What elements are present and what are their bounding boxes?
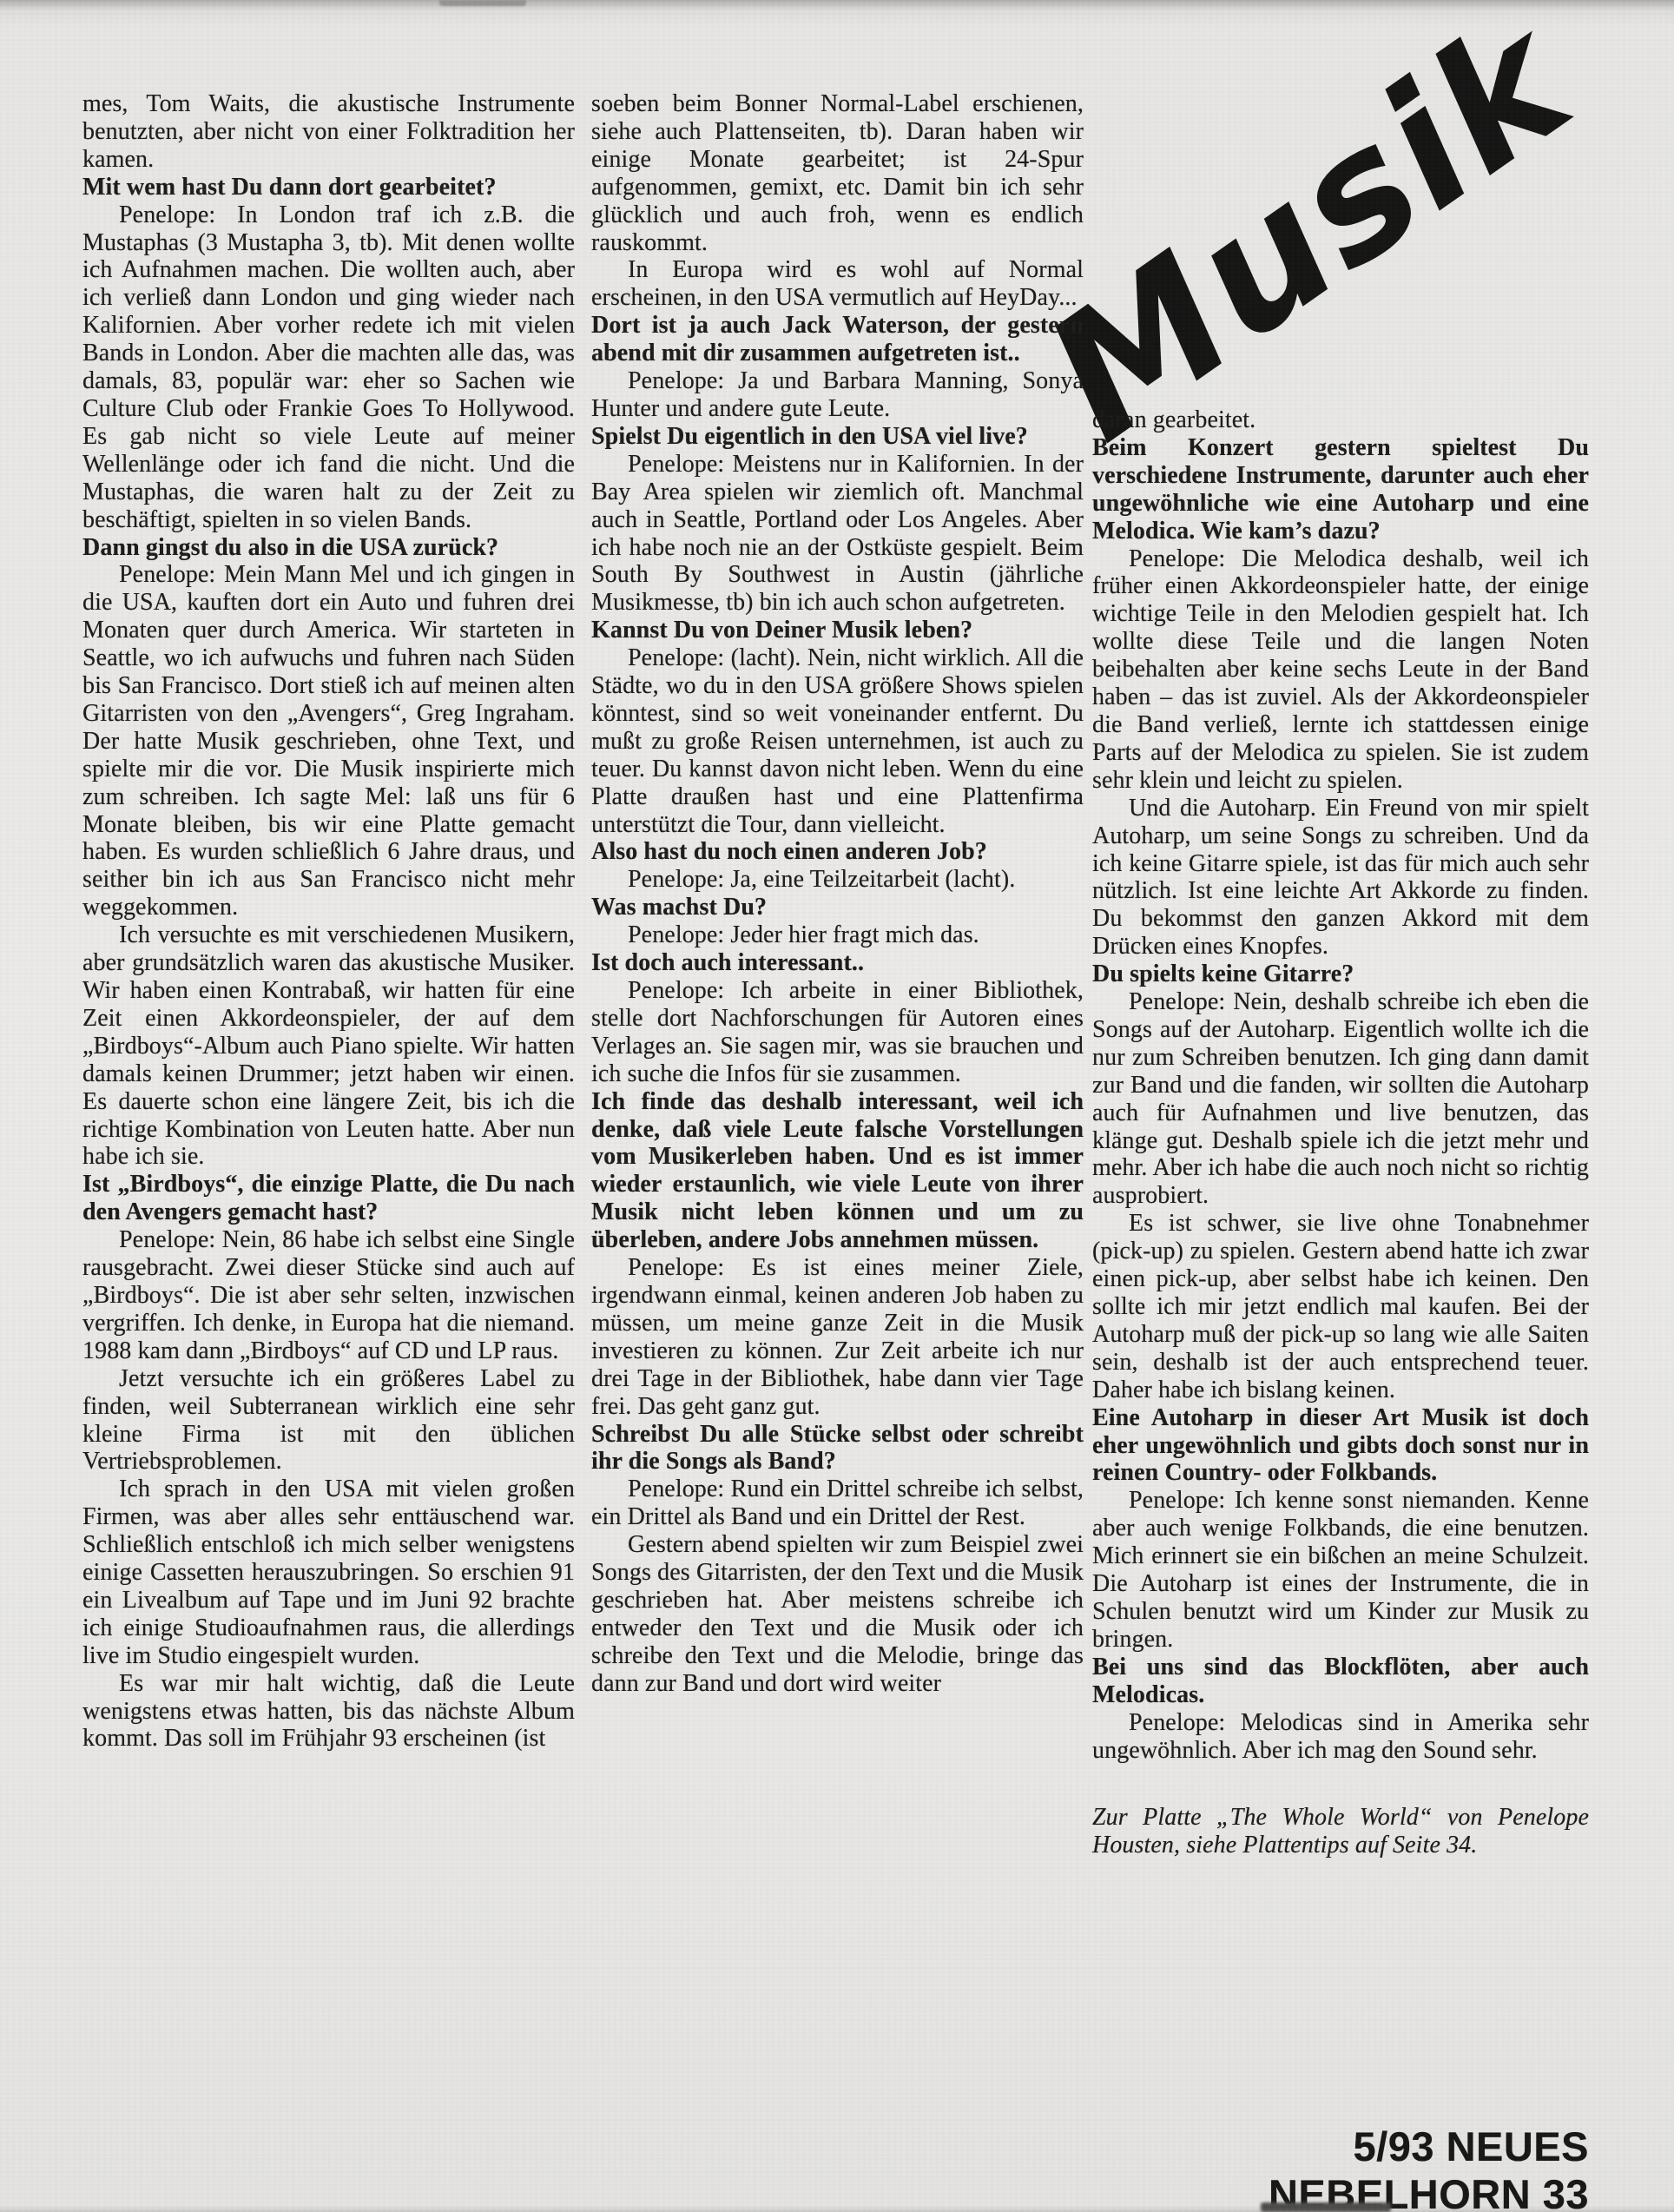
interview-question: Bei uns sind das Blockflöten, aber auch … [1092, 1654, 1589, 1709]
body-paragraph: Penelope: Nein, deshalb schreibe ich ebe… [1092, 988, 1589, 1210]
editor-note: Zur Platte „The Whole World“ von Penelop… [1092, 1804, 1589, 1859]
interview-question: Du spielts keine Gitarre? [1092, 961, 1589, 988]
body-paragraph: Gestern abend spielten wir zum Beispiel … [591, 1531, 1084, 1697]
interview-question: Ist doch auch interessant.. [591, 949, 1084, 977]
body-paragraph: Penelope: Ich arbeite in einer Bibliothe… [591, 977, 1084, 1088]
print-artifact-bottom [1261, 2202, 1391, 2212]
article-column-2: soeben beim Bonner Normal-Label erschien… [591, 90, 1084, 1698]
article-column-1: mes, Tom Waits, die akustische Instrumen… [82, 90, 575, 1753]
body-paragraph: Penelope: (lacht). Nein, nicht wirklich.… [591, 644, 1084, 838]
body-paragraph: Penelope: Die Melodica deshalb, weil ich… [1092, 545, 1589, 795]
page-footer-issue-label: 5/93 NEUES NEBELHORN 33 [1129, 2123, 1589, 2212]
page-bottom-edge-shadow [0, 2206, 1674, 2212]
article-column-3: daran gearbeitet.Beim Konzert gestern sp… [1092, 406, 1589, 1859]
magazine-page: Musik mes, Tom Waits, die akustische Ins… [0, 0, 1674, 2212]
body-paragraph: soeben beim Bonner Normal-Label erschien… [591, 90, 1084, 256]
body-paragraph: Jetzt versuchte ich ein größeres Label z… [82, 1365, 575, 1476]
interview-question: Also hast du noch einen anderen Job? [591, 838, 1084, 866]
body-paragraph: Penelope: Es ist eines meiner Ziele, irg… [591, 1254, 1084, 1420]
interview-question: Schreibst Du alle Stücke selbst oder sch… [591, 1421, 1084, 1476]
print-artifact-top [439, 0, 526, 6]
body-paragraph: Es war mir halt wichtig, daß die Leute w… [82, 1670, 575, 1753]
page-top-edge-shadow [0, 0, 1674, 10]
interview-question: Eine Autoharp in dieser Art Musik ist do… [1092, 1404, 1589, 1488]
interview-question: Beim Konzert gestern spieltest Du versch… [1092, 434, 1589, 545]
interview-question: Was machst Du? [591, 894, 1084, 921]
body-paragraph: Penelope: In London traf ich z.B. die Mu… [82, 201, 575, 534]
body-paragraph: daran gearbeitet. [1092, 406, 1589, 434]
body-paragraph: Penelope: Ja, eine Teilzeitarbeit (lacht… [591, 866, 1084, 894]
body-paragraph: In Europa wird es wohl auf Normal ersche… [591, 256, 1084, 312]
body-paragraph: mes, Tom Waits, die akustische Instrumen… [82, 90, 575, 174]
interview-question: Ich finde das deshalb interessant, weil … [591, 1088, 1084, 1254]
interview-question: Dann gingst du also in die USA zurück? [82, 534, 575, 562]
body-paragraph: Penelope: Ich kenne sonst niemanden. Ken… [1092, 1487, 1589, 1653]
body-paragraph: Penelope: Melodicas sind in Amerika sehr… [1092, 1709, 1589, 1765]
body-paragraph: Penelope: Ja und Barbara Manning, Sonya … [591, 367, 1084, 423]
interview-question: Ist „Birdboys“, die einzige Platte, die … [82, 1171, 575, 1226]
interview-question: Mit wem hast Du dann dort gearbeitet? [82, 174, 575, 201]
body-paragraph: Penelope: Rund ein Drittel schreibe ich … [591, 1476, 1084, 1531]
body-paragraph: Penelope: Mein Mann Mel und ich gingen i… [82, 561, 575, 921]
body-paragraph: Ich versuchte es mit verschiedenen Musik… [82, 921, 575, 1171]
body-paragraph: Und die Autoharp. Ein Freund von mir spi… [1092, 795, 1589, 961]
body-paragraph: Penelope: Nein, 86 habe ich selbst eine … [82, 1226, 575, 1365]
body-paragraph: Penelope: Jeder hier fragt mich das. [591, 921, 1084, 949]
interview-question: Dort ist ja auch Jack Waterson, der gest… [591, 312, 1084, 367]
interview-question: Kannst Du von Deiner Musik leben? [591, 617, 1084, 644]
body-paragraph: Es ist schwer, sie live ohne Tonabnehmer… [1092, 1210, 1589, 1403]
interview-question: Spielst Du eigentlich in den USA viel li… [591, 423, 1084, 451]
body-paragraph: Penelope: Meistens nur in Kalifornien. I… [591, 451, 1084, 617]
body-paragraph: Ich sprach in den USA mit vielen großen … [82, 1476, 575, 1669]
